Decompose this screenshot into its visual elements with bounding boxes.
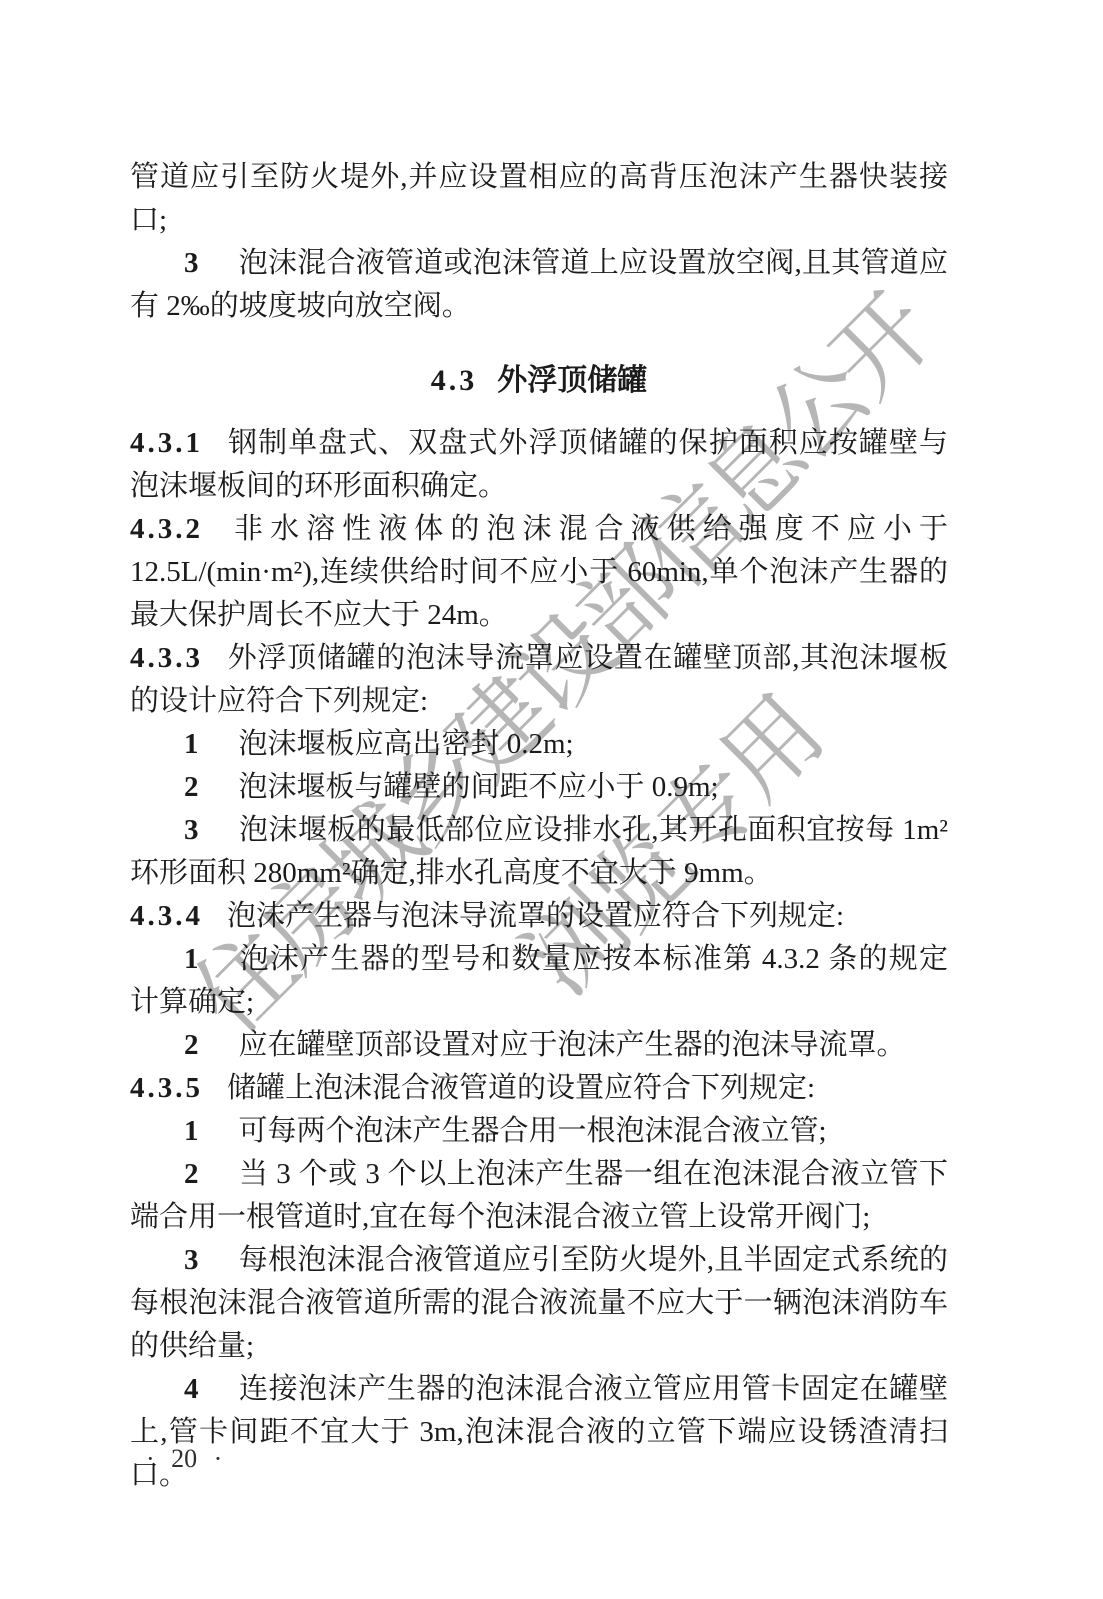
list-item: 3每根泡沫混合液管道应引至防火堤外,且半固定式系统的每根泡沫混合液管道所需的混合… (130, 1239, 948, 1368)
clause-4-3-1: 4.3.1钢制单盘式、双盘式外浮顶储罐的保护面积应按罐壁与泡沫堰板间的环形面积确… (130, 422, 948, 508)
clause-text: 非水溶性液体的泡沫混合液供给强度不应小于 12.5L/(min·m²),连续供给… (130, 513, 948, 631)
item-number: 3 (184, 247, 199, 279)
section-heading: 4.3外浮顶储罐 (130, 359, 948, 402)
clause-text: 储罐上泡沫混合液管道的设置应符合下列规定: (227, 1072, 815, 1104)
page-number: · 20 · (146, 1444, 222, 1474)
item-number: 1 (184, 1115, 199, 1147)
clause-4-3-5: 4.3.5储罐上泡沫混合液管道的设置应符合下列规定: (130, 1067, 948, 1110)
item-text: 泡沫混合液管道或泡沫管道上应设置放空阀,且其管道应有 2‰的坡度坡向放空阀。 (130, 247, 948, 322)
item-text: 应在罐壁顶部设置对应于泡沫产生器的泡沫导流罩。 (239, 1029, 906, 1061)
item-text: 当 3 个或 3 个以上泡沫产生器一组在泡沫混合液立管下端合用一根管道时,宜在每… (130, 1158, 948, 1233)
item-text: 可每两个泡沫产生器合用一根泡沫混合液立管; (239, 1115, 827, 1147)
clause-number: 4.3.4 (130, 900, 203, 932)
item-text: 连接泡沫产生器的泡沫混合液立管应用管卡固定在罐壁上,管卡间距不宜大于 3m,泡沫… (130, 1373, 948, 1491)
clause-text: 钢制单盘式、双盘式外浮顶储罐的保护面积应按罐壁与泡沫堰板间的环形面积确定。 (130, 427, 948, 502)
list-item: 1泡沫堰板应高出密封 0.2m; (130, 723, 948, 766)
clause-4-3-4: 4.3.4泡沫产生器与泡沫导流罩的设置应符合下列规定: (130, 895, 948, 938)
item-text: 泡沫堰板与罐壁的间距不应小于 0.9m; (239, 771, 719, 803)
item-text: 泡沫产生器的型号和数量应按本标准第 4.3.2 条的规定计算确定; (130, 943, 948, 1018)
clause-text: 外浮顶储罐的泡沫导流罩应设置在罐壁顶部,其泡沫堰板的设计应符合下列规定: (130, 642, 948, 717)
list-item: 1泡沫产生器的型号和数量应按本标准第 4.3.2 条的规定计算确定; (130, 938, 948, 1024)
item-text: 泡沫堰板应高出密封 0.2m; (239, 728, 574, 760)
item-number: 3 (184, 814, 199, 846)
list-item: 1可每两个泡沫产生器合用一根泡沫混合液立管; (130, 1110, 948, 1153)
list-item: 2应在罐壁顶部设置对应于泡沫产生器的泡沫导流罩。 (130, 1024, 948, 1067)
item-number: 1 (184, 943, 199, 975)
clause-4-3-2: 4.3.2非水溶性液体的泡沫混合液供给强度不应小于 12.5L/(min·m²)… (130, 508, 948, 637)
section-number: 4.3 (431, 364, 478, 397)
list-item: 3泡沫混合液管道或泡沫管道上应设置放空阀,且其管道应有 2‰的坡度坡向放空阀。 (130, 242, 948, 328)
clause-text: 泡沫产生器与泡沫导流罩的设置应符合下列规定: (227, 900, 844, 932)
list-item: 4连接泡沫产生器的泡沫混合液立管应用管卡固定在罐壁上,管卡间距不宜大于 3m,泡… (130, 1368, 948, 1497)
clause-number: 4.3.5 (130, 1072, 203, 1104)
item-number: 2 (184, 771, 199, 803)
section-title: 外浮顶储罐 (497, 364, 647, 397)
clause-number: 4.3.3 (130, 642, 203, 674)
list-item: 3泡沫堰板的最低部位应设排水孔,其开孔面积宜按每 1m²环形面积 280mm²确… (130, 809, 948, 895)
item-number: 1 (184, 728, 199, 760)
item-number: 4 (184, 1373, 199, 1405)
list-item: 2泡沫堰板与罐壁的间距不应小于 0.9m; (130, 766, 948, 809)
clause-number: 4.3.1 (130, 427, 203, 459)
document-page: 住房城乡建设部信息公开 浏览专用 管道应引至防火堤外,并应设置相应的高背压泡沫产… (0, 0, 1103, 1599)
text-block: 管道应引至防火堤外,并应设置相应的高背压泡沫产生器快装接口; 3泡沫混合液管道或… (130, 156, 948, 1497)
item-text: 泡沫堰板的最低部位应设排水孔,其开孔面积宜按每 1m²环形面积 280mm²确定… (130, 814, 948, 889)
clause-number: 4.3.2 (130, 513, 203, 545)
item-number: 2 (184, 1158, 199, 1190)
clause-4-3-3: 4.3.3外浮顶储罐的泡沫导流罩应设置在罐壁顶部,其泡沫堰板的设计应符合下列规定… (130, 637, 948, 723)
item-text: 每根泡沫混合液管道应引至防火堤外,且半固定式系统的每根泡沫混合液管道所需的混合液… (130, 1244, 948, 1362)
item-number: 3 (184, 1244, 199, 1276)
paragraph-continuation: 管道应引至防火堤外,并应设置相应的高背压泡沫产生器快装接口; (130, 156, 948, 242)
list-item: 2当 3 个或 3 个以上泡沫产生器一组在泡沫混合液立管下端合用一根管道时,宜在… (130, 1153, 948, 1239)
item-number: 2 (184, 1029, 199, 1061)
